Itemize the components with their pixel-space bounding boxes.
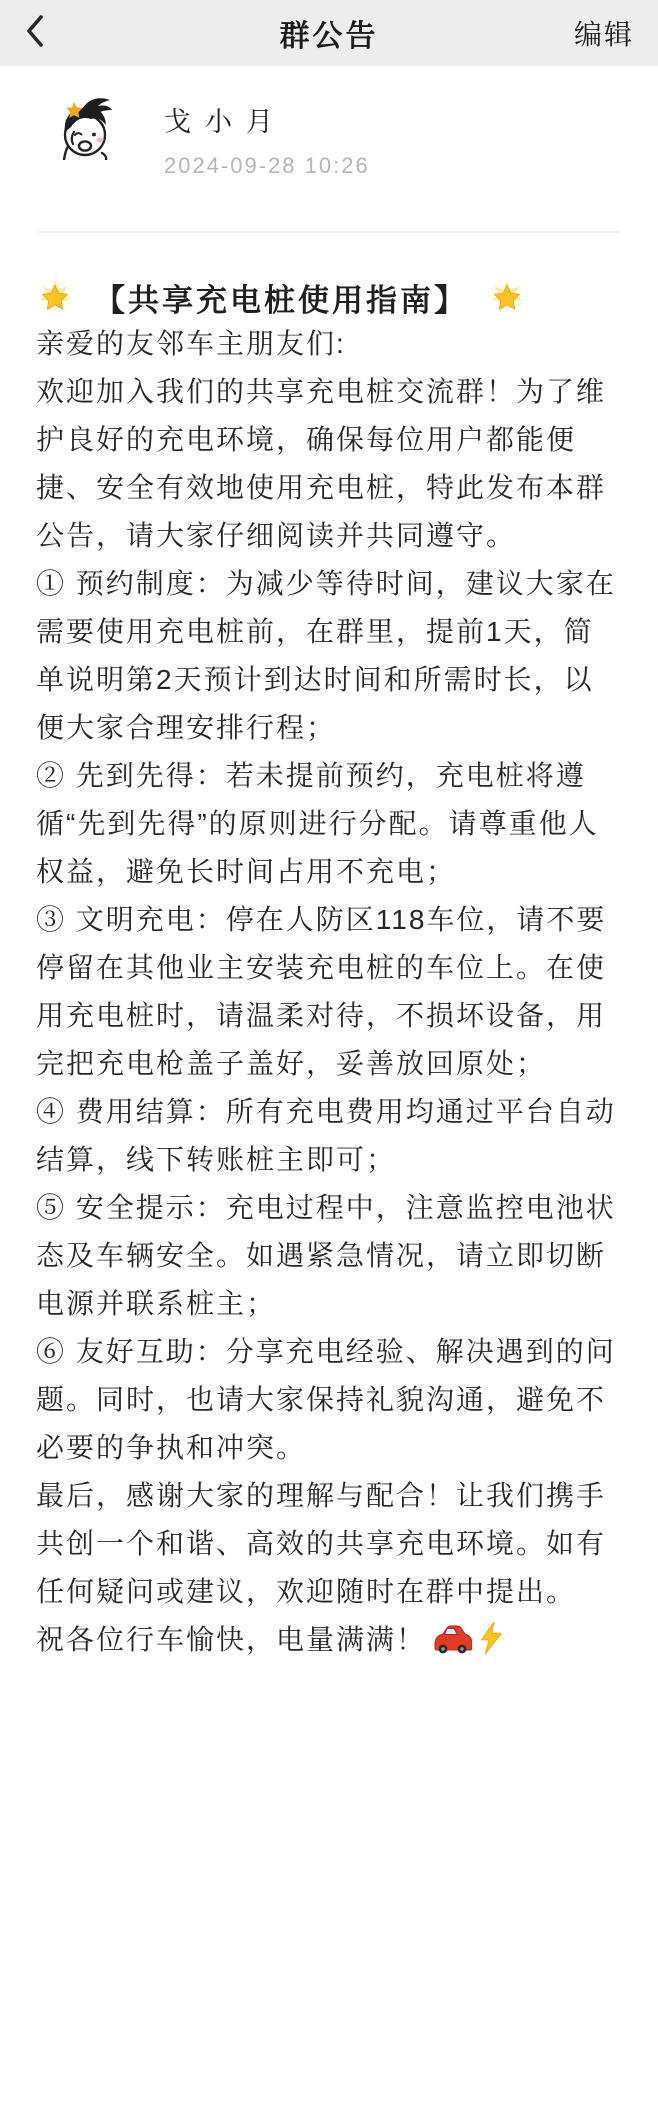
- rule-item-4: ④ 费用结算：所有充电费用均通过平台自动结算，线下转账桩主即可；: [36, 1088, 622, 1184]
- timestamp: 2024-09-28 10:26: [164, 153, 370, 179]
- edit-button[interactable]: 编辑: [574, 13, 634, 53]
- glowing-star-icon: [36, 279, 74, 317]
- announcement-title-row: 【共享充电桩使用指南】: [36, 275, 622, 320]
- author-name: 戈小月: [164, 100, 370, 139]
- lightning-bolt-icon: [478, 1621, 504, 1655]
- paragraph-greeting: 亲爱的友邻车主朋友们:: [36, 320, 622, 368]
- announcement-body: 【共享充电桩使用指南】 亲爱的友邻车主朋友们: 欢迎加入我们的共享充电桩交流群！…: [0, 233, 658, 1664]
- wish-text: 祝各位行车愉快，电量满满！: [36, 1624, 426, 1655]
- avatar[interactable]: [52, 92, 120, 160]
- author-row: 戈小月 2024-09-28 10:26: [52, 92, 658, 179]
- announcement-title: 【共享充电桩使用指南】: [94, 275, 468, 320]
- rule-item-6: ⑥ 友好互助：分享充电经验、解决遇到的问题。同时，也请大家保持礼貌沟通，避免不必…: [36, 1328, 622, 1472]
- back-button[interactable]: [24, 16, 50, 50]
- chevron-left-icon: [24, 15, 46, 52]
- author-info: 戈小月 2024-09-28 10:26: [164, 92, 370, 179]
- rule-item-5: ⑤ 安全提示：充电过程中，注意监控电池状态及车辆安全。如遇紧急情况，请立即切断电…: [36, 1184, 622, 1328]
- rule-item-2: ② 先到先得：若未提前预约，充电桩将遵循“先到先得”的原则进行分配。请尊重他人权…: [36, 752, 622, 896]
- glowing-star-icon: [488, 279, 526, 317]
- paragraph-intro: 欢迎加入我们的共享充电桩交流群！为了维护良好的充电环境，确保每位用户都能便捷、安…: [36, 368, 622, 560]
- rule-item-3: ③ 文明充电：停在人防区118车位，请不要停留在其他业主安装充电桩的车位上。在使…: [36, 896, 622, 1088]
- paragraph-closing: 最后，感谢大家的理解与配合！让我们携手共创一个和谐、高效的共享充电环境。如有任何…: [36, 1472, 622, 1616]
- page-title: 群公告: [0, 11, 658, 55]
- red-car-icon: [432, 1623, 472, 1655]
- paragraph-wish: 祝各位行车愉快，电量满满！: [36, 1616, 622, 1664]
- nav-bar: 群公告 编辑: [0, 0, 658, 66]
- rule-item-1: ① 预约制度：为减少等待时间，建议大家在需要使用充电桩前，在群里，提前1天，简单…: [36, 560, 622, 752]
